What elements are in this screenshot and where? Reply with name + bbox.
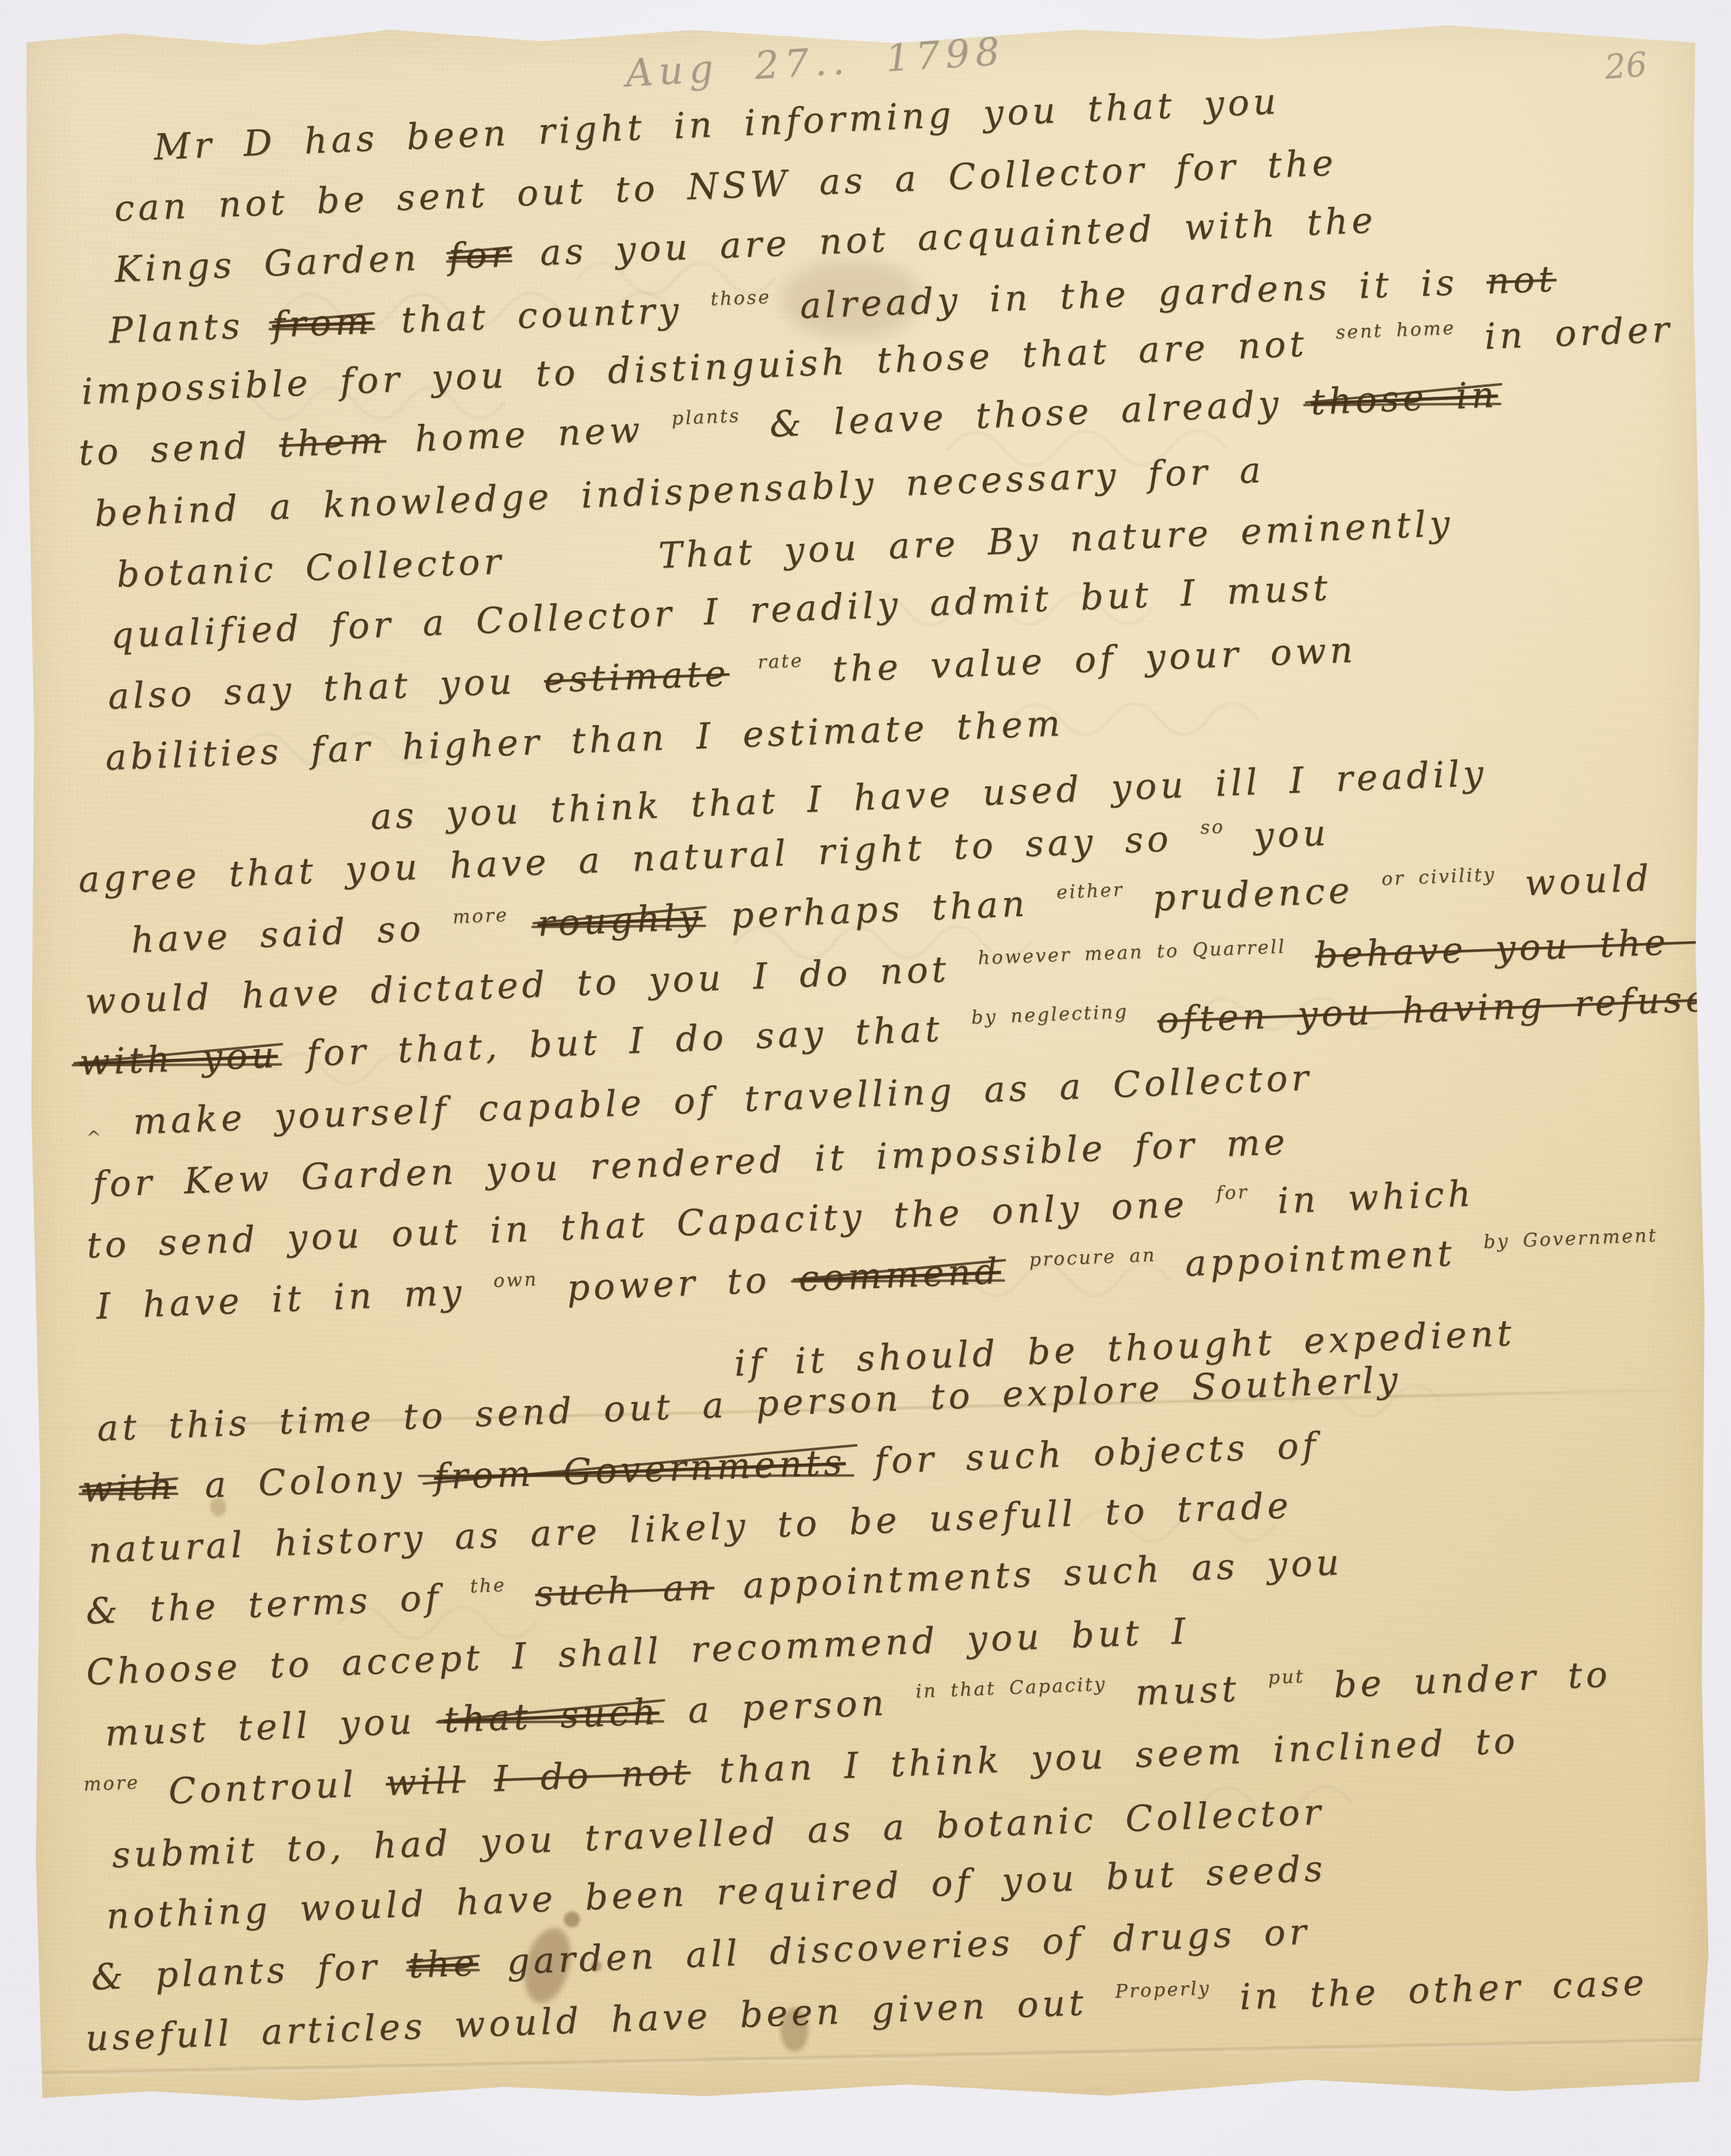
deleted-text: those in [1310, 373, 1499, 423]
deleted-text: such an [534, 1566, 715, 1615]
text-segment: a person [687, 1682, 888, 1732]
inserted-text: own [493, 1269, 538, 1292]
deleted-text: I do not [493, 1751, 692, 1800]
inserted-text: or civility [1381, 864, 1496, 891]
deleted-text: from [271, 300, 373, 346]
text-segment: would [1524, 857, 1653, 904]
text-segment: a Colony [204, 1457, 406, 1506]
text-segment: to send [78, 424, 251, 473]
inserted-text: put [1268, 1666, 1305, 1688]
text-segment: in order [1483, 308, 1674, 357]
deleted-text: commend [798, 1250, 1002, 1300]
deleted-text: that such [443, 1690, 660, 1741]
inserted-text: either [1056, 880, 1124, 904]
inserted-text: rate [757, 650, 804, 674]
inserted-text: more [452, 905, 509, 929]
deleted-text: roughly [537, 896, 703, 944]
inserted-text: so [1200, 816, 1225, 838]
inserted-text: more [83, 1772, 140, 1796]
inserted-text: sent home [1336, 318, 1456, 344]
text-segment: you [1253, 812, 1331, 857]
deleted-text: them [278, 419, 387, 465]
inserted-text: Properly [1115, 1978, 1211, 2003]
photo-backdrop: Aug 27.. 1798 26 Mr D has been right in … [0, 0, 1731, 2156]
inserted-text: for [1215, 1181, 1249, 1204]
pencil-page-number: 26 [1603, 48, 1648, 84]
manuscript-page: Aug 27.. 1798 26 Mr D has been right in … [22, 14, 1713, 2111]
inserted-text: procure an [1029, 1244, 1157, 1271]
text-segment: Controul [168, 1763, 358, 1812]
inserted-text: the [469, 1574, 506, 1597]
manuscript-text: Mr D has been right in informing you tha… [22, 14, 1700, 24]
deleted-text: estimate [543, 652, 730, 701]
deleted-text: the [408, 1942, 479, 1986]
text-segment: must [1135, 1668, 1241, 1714]
deleted-text: not [1486, 257, 1557, 302]
text-segment: prudence [1152, 869, 1354, 919]
deleted-text: with you [79, 1034, 279, 1084]
inserted-text: plants [671, 405, 741, 430]
text-segment: in which [1276, 1172, 1475, 1222]
deleted-text: for [448, 233, 513, 277]
inserted-text: those [710, 286, 771, 310]
text-segment: Plants [108, 305, 245, 352]
text-segment: ^ [86, 1126, 106, 1148]
text-segment: power to [566, 1259, 771, 1309]
deleted-text: will [385, 1759, 466, 1804]
deleted-text: with [81, 1465, 177, 1510]
